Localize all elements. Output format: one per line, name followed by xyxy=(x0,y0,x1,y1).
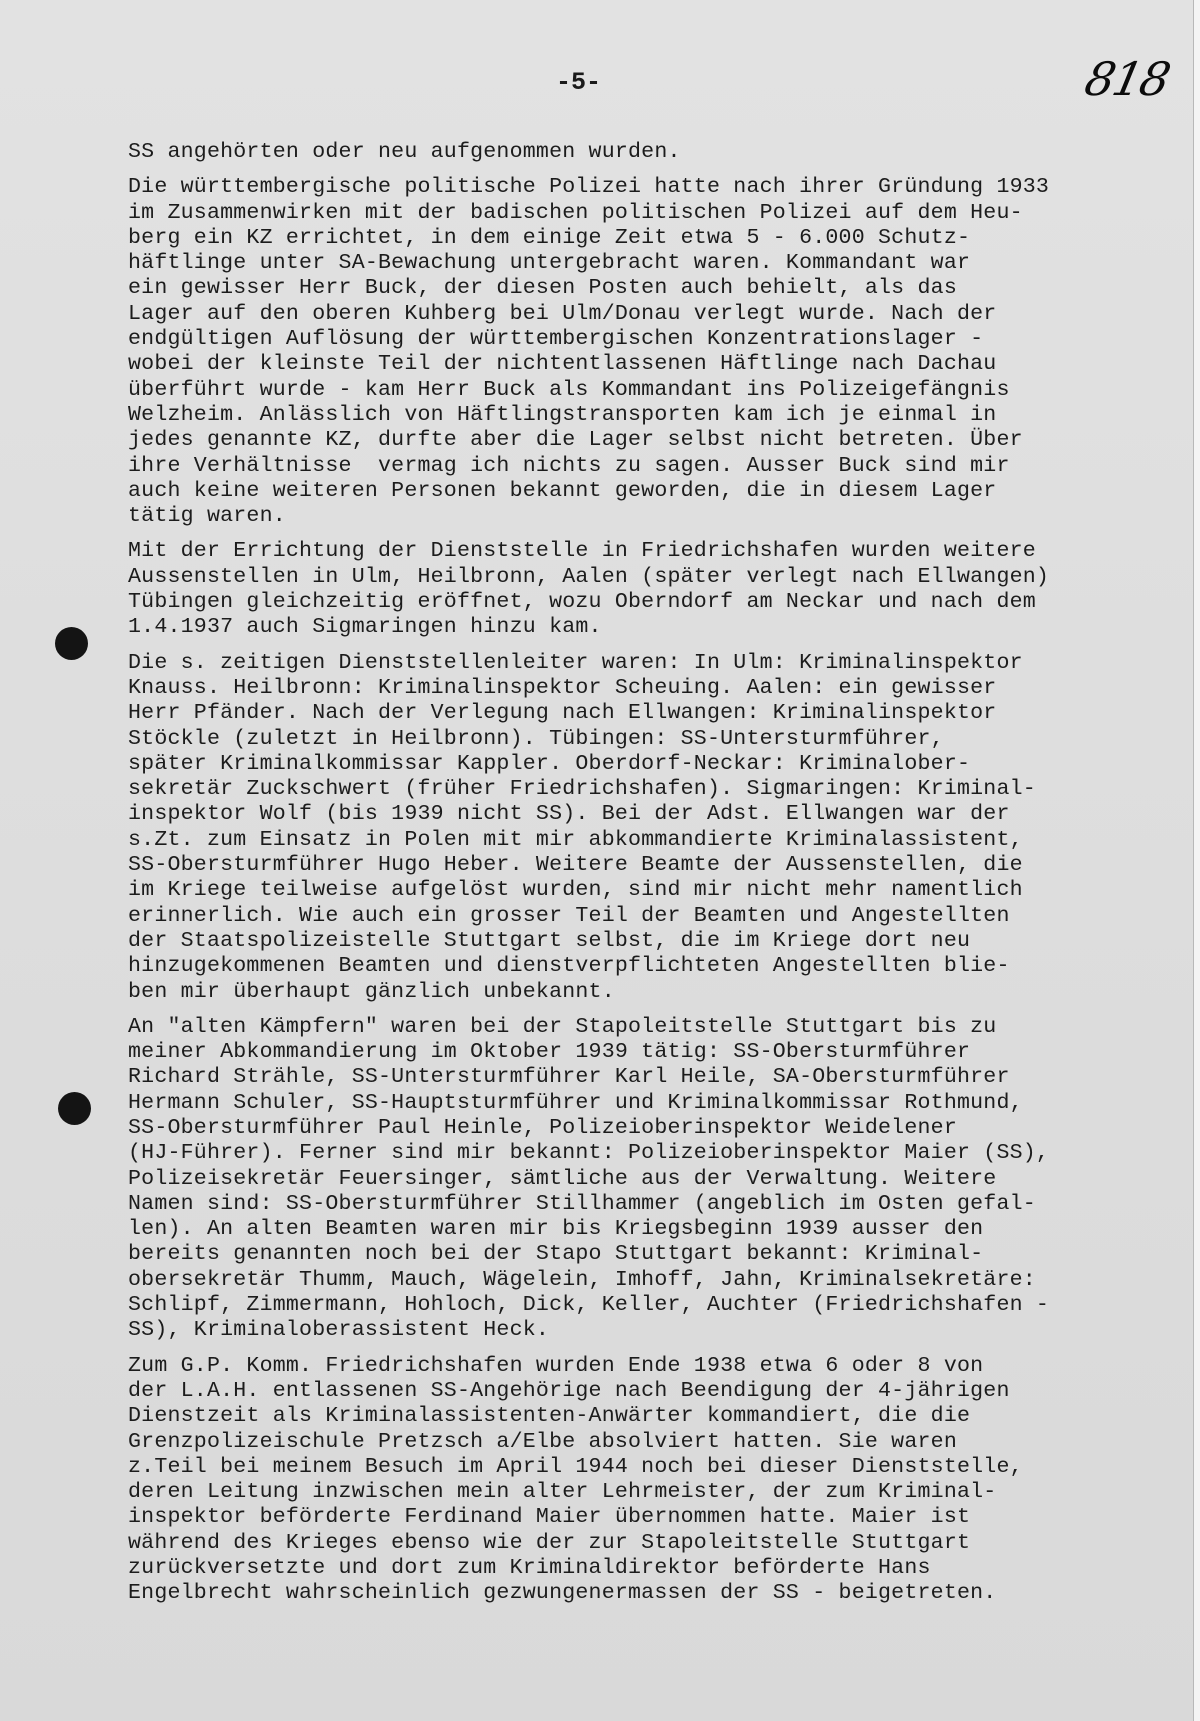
text-line: SS-Obersturmführer Hugo Heber. Weitere B… xyxy=(128,853,1188,878)
paragraph: Mit der Errichtung der Dienststelle in F… xyxy=(128,539,1188,640)
text-line: häftlinge unter SA-Bewachung untergebrac… xyxy=(128,251,1188,276)
text-line: Namen sind: SS-Obersturmführer Stillhamm… xyxy=(128,1192,1188,1217)
text-line: Knauss. Heilbronn: Kriminalinspektor Sch… xyxy=(128,676,1188,701)
text-line: der L.A.H. entlassenen SS-Angehörige nac… xyxy=(128,1379,1188,1404)
text-line: Lager auf den oberen Kuhberg bei Ulm/Don… xyxy=(128,302,1188,327)
punch-hole-icon xyxy=(58,1092,91,1125)
text-line: Aussenstellen in Ulm, Heilbronn, Aalen (… xyxy=(128,565,1188,590)
paragraph: An "alten Kämpfern" waren bei der Stapol… xyxy=(128,1015,1188,1344)
text-line: SS angehörten oder neu aufgenommen wurde… xyxy=(128,140,1188,165)
text-line: später Kriminalkommissar Kappler. Oberdo… xyxy=(128,752,1188,777)
text-line: Zum G.P. Komm. Friedrichshafen wurden En… xyxy=(128,1354,1188,1379)
text-line: tätig waren. xyxy=(128,504,1188,529)
text-line: Stöckle (zuletzt in Heilbronn). Tübingen… xyxy=(128,727,1188,752)
text-line: Tübingen gleichzeitig eröffnet, wozu Obe… xyxy=(128,590,1188,615)
page-number: -5- xyxy=(556,68,601,97)
text-line: im Zusammenwirken mit der badischen poli… xyxy=(128,201,1188,226)
text-line: obersekretär Thumm, Mauch, Wägelein, Imh… xyxy=(128,1268,1188,1293)
text-line: SS-Obersturmführer Paul Heinle, Polizeio… xyxy=(128,1116,1188,1141)
text-line: z.Teil bei meinem Besuch im April 1944 n… xyxy=(128,1455,1188,1480)
paragraph: Die s. zeitigen Dienststellenleiter ware… xyxy=(128,651,1188,1005)
text-line: Dienstzeit als Kriminalassistenten-Anwär… xyxy=(128,1404,1188,1429)
page-edge xyxy=(1193,0,1200,1721)
text-line: ein gewisser Herr Buck, der diesen Poste… xyxy=(128,276,1188,301)
text-line: meiner Abkommandierung im Oktober 1939 t… xyxy=(128,1040,1188,1065)
text-line: hinzugekommenen Beamten und dienstverpfl… xyxy=(128,954,1188,979)
text-line: Schlipf, Zimmermann, Hohloch, Dick, Kell… xyxy=(128,1293,1188,1318)
text-line: jedes genannte KZ, durfte aber die Lager… xyxy=(128,428,1188,453)
punch-hole-icon xyxy=(55,627,88,660)
text-line: 1.4.1937 auch Sigmaringen hinzu kam. xyxy=(128,615,1188,640)
text-line: bereits genannten noch bei der Stapo Stu… xyxy=(128,1242,1188,1267)
text-line: während des Krieges ebenso wie der zur S… xyxy=(128,1531,1188,1556)
text-line: An "alten Kämpfern" waren bei der Stapol… xyxy=(128,1015,1188,1040)
text-line: sekretär Zuckschwert (früher Friedrichsh… xyxy=(128,777,1188,802)
text-line: im Kriege teilweise aufgelöst wurden, si… xyxy=(128,878,1188,903)
text-line: Die s. zeitigen Dienststellenleiter ware… xyxy=(128,651,1188,676)
document-page: -5- 818 SS angehörten oder neu aufgenomm… xyxy=(0,0,1200,1721)
text-line: berg ein KZ errichtet, in dem einige Zei… xyxy=(128,226,1188,251)
text-line: deren Leitung inzwischen mein alter Lehr… xyxy=(128,1480,1188,1505)
handwritten-folio-number: 818 xyxy=(1080,52,1173,106)
paragraph: SS angehörten oder neu aufgenommen wurde… xyxy=(128,140,1188,165)
text-line: Welzheim. Anlässlich von Häftlingstransp… xyxy=(128,403,1188,428)
text-line: ben mir überhaupt gänzlich unbekannt. xyxy=(128,980,1188,1005)
text-line: ihre Verhältnisse vermag ich nichts zu s… xyxy=(128,454,1188,479)
text-line: Hermann Schuler, SS-Hauptsturmführer und… xyxy=(128,1091,1188,1116)
text-line: Mit der Errichtung der Dienststelle in F… xyxy=(128,539,1188,564)
text-line: len). An alten Beamten waren mir bis Kri… xyxy=(128,1217,1188,1242)
text-line: überführt wurde - kam Herr Buck als Komm… xyxy=(128,378,1188,403)
paragraph: Zum G.P. Komm. Friedrichshafen wurden En… xyxy=(128,1354,1188,1607)
text-line: erinnerlich. Wie auch ein grosser Teil d… xyxy=(128,904,1188,929)
document-body: SS angehörten oder neu aufgenommen wurde… xyxy=(128,140,1188,1617)
text-line: (HJ-Führer). Ferner sind mir bekannt: Po… xyxy=(128,1141,1188,1166)
text-line: Richard Strähle, SS-Untersturmführer Kar… xyxy=(128,1065,1188,1090)
text-line: auch keine weiteren Personen bekannt gew… xyxy=(128,479,1188,504)
text-line: Grenzpolizeischule Pretzsch a/Elbe absol… xyxy=(128,1430,1188,1455)
text-line: Herr Pfänder. Nach der Verlegung nach El… xyxy=(128,701,1188,726)
text-line: Engelbrecht wahrscheinlich gezwungenerma… xyxy=(128,1581,1188,1606)
text-line: SS), Kriminaloberassistent Heck. xyxy=(128,1318,1188,1343)
text-line: der Staatspolizeistelle Stuttgart selbst… xyxy=(128,929,1188,954)
text-line: inspektor beförderte Ferdinand Maier übe… xyxy=(128,1505,1188,1530)
text-line: endgültigen Auflösung der württembergisc… xyxy=(128,327,1188,352)
text-line: Polizeisekretär Feuersinger, sämtliche a… xyxy=(128,1167,1188,1192)
text-line: inspektor Wolf (bis 1939 nicht SS). Bei … xyxy=(128,802,1188,827)
text-line: zurückversetzte und dort zum Kriminaldir… xyxy=(128,1556,1188,1581)
text-line: Die württembergische politische Polizei … xyxy=(128,175,1188,200)
paragraph: Die württembergische politische Polizei … xyxy=(128,175,1188,529)
text-line: wobei der kleinste Teil der nichtentlass… xyxy=(128,352,1188,377)
text-line: s.Zt. zum Einsatz in Polen mit mir abkom… xyxy=(128,828,1188,853)
